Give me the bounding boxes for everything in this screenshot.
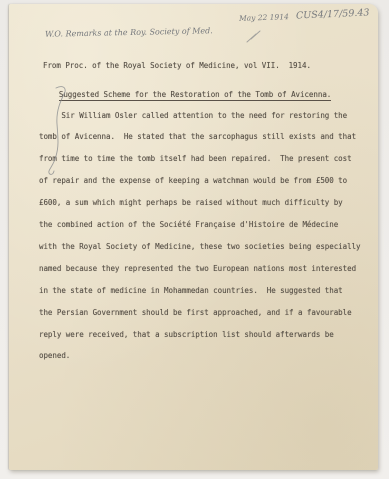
body-line: Sir William Osler called attention to th… [39,112,361,119]
body-line: from time to time the tomb itself had be… [39,155,361,162]
body-line: of repair and the expense of keeping a w… [39,177,361,184]
body-line: with the Royal Society of Medicine, thes… [39,243,361,250]
scanned-document-page: { "annotations": { "left_note": "W.O. Re… [0,0,389,479]
body-line: the Persian Government should be first a… [39,309,361,316]
handwritten-date: May 22 1914 [239,12,289,23]
body-line: named because they represented the two E… [39,265,361,272]
pencil-tick-mark [247,31,260,42]
body-line: reply were received, that a subscription… [39,331,361,338]
body-paragraph: Sir William Osler called attention to th… [39,97,361,374]
handwritten-left-note: W.O. Remarks at the Roy. Society of Med. [45,26,213,39]
body-line: in the state of medicine in Mohammedan c… [39,287,361,294]
body-line: opened. [39,352,361,359]
handwritten-reference-number: CUS4/17/59.43 [296,7,370,21]
paper-sheet: W.O. Remarks at the Roy. Society of Med.… [9,4,378,470]
source-citation-line: From Proc. of the Royal Society of Medic… [43,61,311,70]
body-line: the combined action of the Société Franç… [39,221,361,228]
body-line: tomb of Avicenna. He stated that the sar… [39,133,361,140]
body-line: £600, a sum which might perhaps be raise… [39,199,361,206]
